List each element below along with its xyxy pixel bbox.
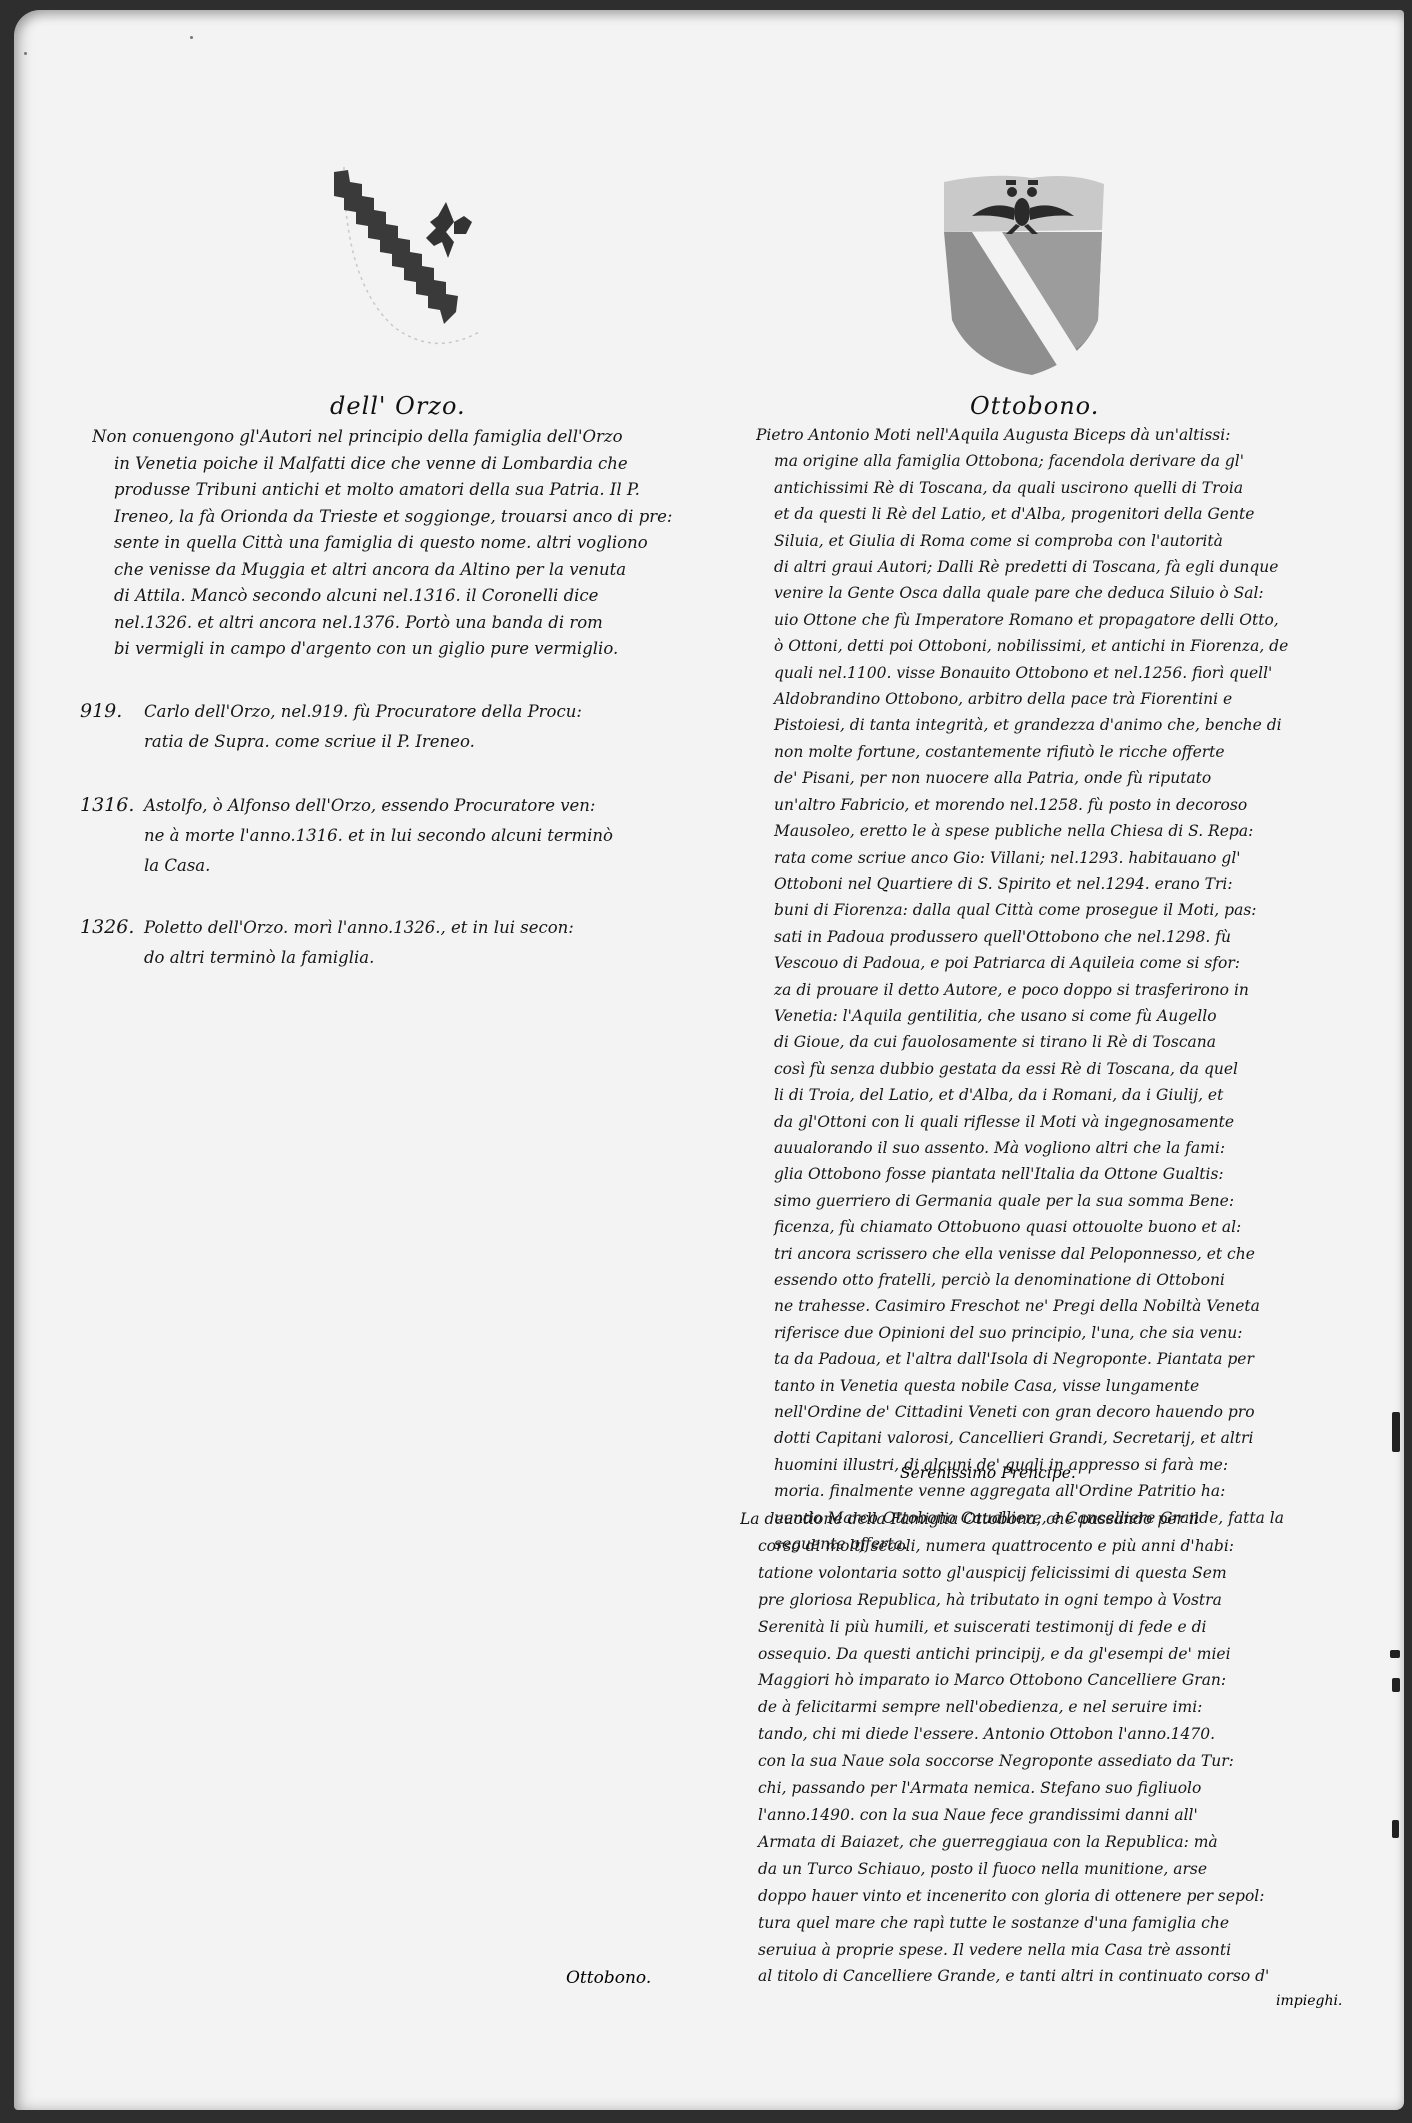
heading-ottobono: Ottobono. (970, 392, 1099, 420)
paper-speck (190, 36, 193, 39)
text-line: venire la Gente Osca dalla quale pare ch… (756, 580, 1381, 606)
text-line: ne à morte l'anno.1316. et in lui second… (80, 821, 730, 851)
entry-919: 919.Carlo dell'Orzo, nel.919. fù Procura… (80, 696, 730, 757)
text-line: buni di Fiorenza: dalla qual Città come … (756, 897, 1381, 923)
text-line: quali nel.1100. visse Bonauito Ottobono … (756, 660, 1381, 686)
text-line: di altri graui Autori; Dalli Rè predetti… (756, 554, 1381, 580)
text-line: tura quel mare che rapì tutte le sostanz… (740, 1910, 1380, 1937)
ottobono-coat-of-arms-icon (932, 170, 1112, 380)
ink-blot (1392, 1412, 1400, 1452)
page-catchword: Ottobono. (566, 1968, 651, 1988)
text-line: Carlo dell'Orzo, nel.919. fù Procuratore… (144, 702, 582, 721)
text-line: auualorando il suo assento. Mà vogliono … (756, 1135, 1381, 1161)
ottobono-petition-paragraph: La deuotione della Famiglia Ottobona, ch… (740, 1506, 1380, 1990)
text-line: di Gioue, da cui fauolosamente si tirano… (756, 1029, 1381, 1055)
paper-speck (24, 52, 27, 55)
text-line: Vescouo di Padoua, e poi Patriarca di Aq… (756, 950, 1381, 976)
text-line: Venetia: l'Aquila gentilitia, che usano … (756, 1003, 1381, 1029)
text-line: Serenità li più humili, et suiscerati te… (740, 1614, 1380, 1641)
text-line: così fù senza dubbio gestata da essi Rè … (756, 1056, 1381, 1082)
text-line: ta da Padoua, et l'altra dall'Isola di N… (756, 1346, 1381, 1372)
text-line: rata come scriue anco Gio: Villani; nel.… (756, 845, 1381, 871)
text-line: li di Troia, del Latio, et d'Alba, da i … (756, 1082, 1381, 1108)
text-line: che venisse da Muggia et altri ancora da… (114, 557, 724, 584)
text-line: ò Ottoni, detti poi Ottoboni, nobilissim… (756, 633, 1381, 659)
text-line: non molte fortune, costantemente rifiutò… (756, 739, 1381, 765)
text-line: et da questi li Rè del Latio, et d'Alba,… (756, 501, 1381, 527)
text-line: seruiua à proprie spese. Il vedere nella… (740, 1937, 1380, 1964)
text-line: chi, passando per l'Armata nemica. Stefa… (740, 1775, 1380, 1802)
text-line: sati in Padoua produssero quell'Ottobono… (756, 924, 1381, 950)
text-line: l'anno.1490. con la sua Naue fece grandi… (740, 1802, 1380, 1829)
text-line: la Casa. (80, 851, 730, 881)
text-line: corso di molti secoli, numera quattrocen… (740, 1533, 1380, 1560)
text-line: tanto in Venetia questa nobile Casa, vis… (756, 1373, 1381, 1399)
dell-orzo-coat-of-arms-icon (304, 162, 504, 362)
text-line: tri ancora scrissero che ella venisse da… (756, 1241, 1381, 1267)
text-line: pre gloriosa Republica, hà tributato in … (740, 1587, 1380, 1614)
entry-year: 1326. (80, 912, 144, 942)
text-line: Armata di Baiazet, che guerreggiaua con … (740, 1829, 1380, 1856)
entry-year: 919. (80, 696, 144, 726)
text-line: uio Ottone che fù Imperatore Romano et p… (756, 607, 1381, 633)
text-line: Ireneo, la fà Orionda da Trieste et sogg… (114, 504, 724, 531)
text-line: ne trahesse. Casimiro Freschot ne' Pregi… (756, 1293, 1381, 1319)
text-line: ficenza, fù chiamato Ottobuono quasi ott… (756, 1214, 1381, 1240)
text-line: za di prouare il detto Autore, e poco do… (756, 977, 1381, 1003)
text-line: glia Ottobono fosse piantata nell'Italia… (756, 1161, 1381, 1187)
text-line: da un Turco Schiauo, posto il fuoco nell… (740, 1856, 1380, 1883)
text-line: nel.1326. et altri ancora nel.1376. Port… (114, 610, 724, 637)
text-line: ossequio. Da questi antichi principij, e… (740, 1641, 1380, 1668)
text-line: Pistoiesi, di tanta integrità, et grande… (756, 712, 1381, 738)
text-line: Mausoleo, eretto le à spese publiche nel… (756, 818, 1381, 844)
text-line: Astolfo, ò Alfonso dell'Orzo, essendo Pr… (144, 796, 595, 815)
text-line: di Attila. Mancò secondo alcuni nel.1316… (114, 583, 724, 610)
entry-1326: 1326.Poletto dell'Orzo. morì l'anno.1326… (80, 912, 730, 973)
text-line: un'altro Fabricio, et morendo nel.1258. … (756, 792, 1381, 818)
text-line: simo guerriero di Germania quale per la … (756, 1188, 1381, 1214)
text-line: con la sua Naue sola soccorse Negroponte… (740, 1748, 1380, 1775)
text-line: ratia de Supra. come scriue il P. Ireneo… (80, 727, 730, 757)
text-line: dotti Capitani valorosi, Cancellieri Gra… (756, 1425, 1381, 1451)
text-line: moria. finalmente venne aggregata all'Or… (756, 1478, 1381, 1504)
text-line: de' Pisani, per non nuocere alla Patria,… (756, 765, 1381, 791)
heading-dell-orzo: dell' Orzo. (330, 392, 466, 420)
text-line: da gl'Ottoni con li quali riflesse il Mo… (756, 1109, 1381, 1135)
ink-blot (1390, 1650, 1400, 1658)
text-line: antichissimi Rè di Toscana, da quali usc… (756, 475, 1381, 501)
text-line: tatione volontaria sotto gl'auspicij fel… (740, 1560, 1380, 1587)
text-line: doppo hauer vinto et incenerito con glor… (740, 1883, 1380, 1910)
text-line: tando, chi mi diede l'essere. Antonio Ot… (740, 1721, 1380, 1748)
text-line: riferisce due Opinioni del suo principio… (756, 1320, 1381, 1346)
text-line: Pietro Antonio Moti nell'Aquila Augusta … (756, 422, 1381, 448)
text-line: essendo otto fratelli, perciò la denomin… (756, 1267, 1381, 1293)
dell-orzo-intro-paragraph: Non conuengono gl'Autori nel principio d… (114, 424, 724, 663)
manuscript-page: dell' Orzo. Ottobono. Non conuengono gl'… (14, 10, 1404, 2110)
text-line: in Venetia poiche il Malfatti dice che v… (114, 451, 724, 478)
entry-year: 1316. (80, 790, 144, 820)
ottobono-history-paragraph: Pietro Antonio Moti nell'Aquila Augusta … (756, 422, 1381, 1557)
text-line: Siluia, et Giulia di Roma come si compro… (756, 528, 1381, 554)
text-line: sente in quella Città una famiglia di qu… (114, 530, 724, 557)
ink-blot (1392, 1820, 1399, 1838)
text-line: nell'Ordine de' Cittadini Veneti con gra… (756, 1399, 1381, 1425)
text-line: Poletto dell'Orzo. morì l'anno.1326., et… (144, 918, 574, 937)
text-line: Aldobrandino Ottobono, arbitro della pac… (756, 686, 1381, 712)
salutation: Serenissimo Prencipe. (900, 1464, 1076, 1482)
text-line: La deuotione della Famiglia Ottobona, ch… (740, 1506, 1380, 1533)
ink-blot (1392, 1678, 1400, 1692)
text-line: al titolo di Cancelliere Grande, e tanti… (740, 1963, 1380, 1990)
text-line: do altri terminò la famiglia. (80, 943, 730, 973)
text-line: ma origine alla famiglia Ottobona; facen… (756, 448, 1381, 474)
text-line: bi vermigli in campo d'argento con un gi… (114, 636, 724, 663)
text-line: de à felicitarmi sempre nell'obedienza, … (740, 1694, 1380, 1721)
text-line: Maggiori hò imparato io Marco Ottobono C… (740, 1667, 1380, 1694)
right-column-catchword: impieghi. (1276, 1993, 1342, 2009)
entry-1316: 1316.Astolfo, ò Alfonso dell'Orzo, essen… (80, 790, 730, 881)
text-line: Ottoboni nel Quartiere di S. Spirito et … (756, 871, 1381, 897)
text-line: Non conuengono gl'Autori nel principio d… (92, 424, 724, 451)
text-line: produsse Tribuni antichi et molto amator… (114, 477, 724, 504)
